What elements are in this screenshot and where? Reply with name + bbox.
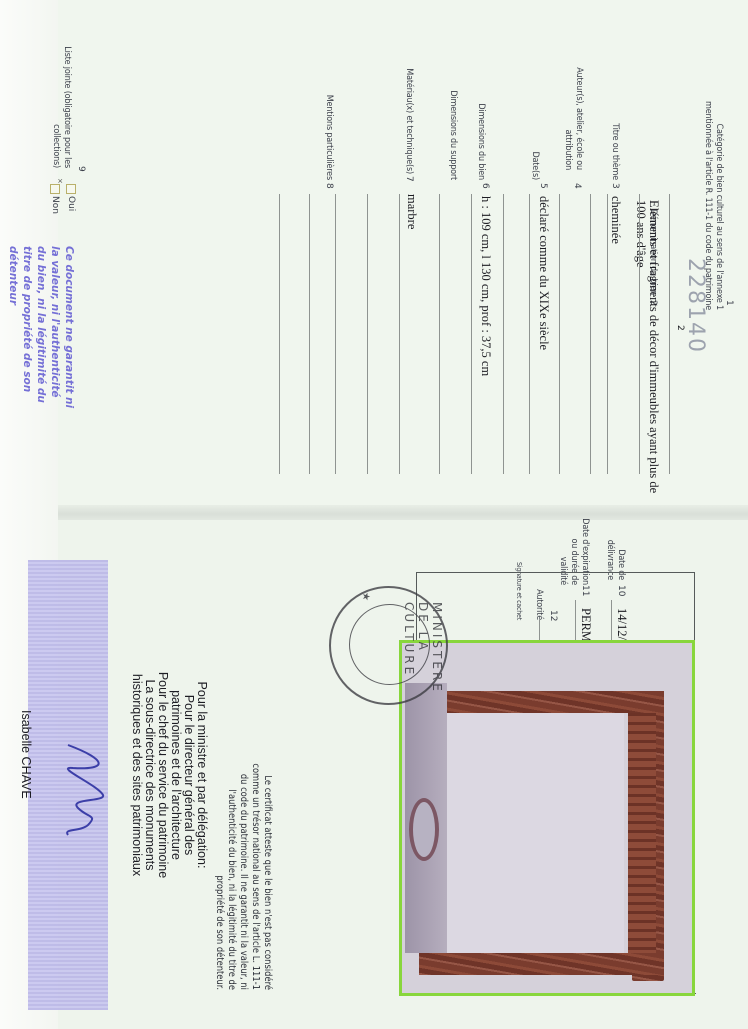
field-label-title: Titre ou thème: [609, 60, 620, 180]
certificate-note: Le certificat atteste que le bien n'est …: [213, 760, 273, 990]
issue-date-label: Date de délivrance: [604, 520, 626, 580]
star-icon: ★: [360, 592, 371, 601]
field-rule: [471, 194, 472, 474]
field-label-author: Auteur(s), atelier, école ou attribution: [562, 60, 584, 170]
authority-line: La sous-directrice des monuments: [143, 650, 156, 900]
field-number: 8: [324, 183, 334, 189]
authority-line: patrimoines et de l'architecture: [169, 650, 182, 900]
field-rule: [439, 194, 440, 474]
field-value-dates: déclaré comme du XIXe siècle: [537, 196, 550, 350]
field-rule: [559, 194, 560, 474]
field-value-materials: marbre: [405, 194, 418, 229]
field-rule: [639, 194, 640, 474]
field-rule: [335, 194, 336, 474]
field-number: 3: [610, 183, 620, 189]
field-rule: [607, 194, 608, 474]
field-rule: [309, 194, 310, 474]
field-rule: [529, 194, 530, 474]
field-label-dimensions: Dimensions du bien: [475, 60, 486, 180]
field-rule: [279, 194, 280, 474]
field-rule: [590, 194, 591, 474]
mantel-jamb: [419, 691, 664, 713]
field-value-dimensions: h : 109 cm, l 130 cm, prof : 37,5 cm: [479, 196, 492, 376]
checkbox-non[interactable]: [50, 184, 60, 194]
field-value-category: 2: [673, 325, 686, 331]
field-label-support-dimensions: Dimensions du support: [447, 40, 458, 180]
field-number: 1: [724, 300, 734, 306]
field-number: 5: [538, 183, 548, 189]
field-number: 7: [404, 176, 414, 182]
checkbox-non-label: Non: [50, 196, 60, 214]
field-rule: [367, 194, 368, 474]
field-rule: [503, 194, 504, 474]
field-value-denomination: Eléments et fragments de décor d'immeubl…: [634, 200, 660, 500]
stamp-text: MINISTERE DE LA CULTURE: [402, 602, 444, 703]
mantel-frieze: [628, 713, 656, 953]
ministry-stamp: MINISTERE DE LA CULTURE ★: [329, 586, 448, 705]
checkbox-oui-label: Oui: [66, 196, 76, 211]
checkbox-mark: ×: [56, 178, 64, 184]
field-rule: [399, 194, 400, 474]
mantel-opening: [419, 713, 624, 953]
hearth-medallion: [409, 798, 439, 861]
handwritten-signature: [48, 740, 118, 840]
authority-line: Pour le directeur général des: [182, 650, 195, 900]
hearth-slab: [405, 683, 447, 953]
field-label-mentions: Mentions particulières: [323, 40, 334, 180]
signatory-name: Isabelle CHAVE: [19, 710, 33, 799]
mantel-illustration: [419, 691, 664, 931]
authority-line: Pour la ministre et par délégation:: [195, 650, 208, 900]
field-number: 6: [480, 183, 490, 189]
mantel-jamb: [419, 953, 664, 975]
field-number: 4: [572, 183, 582, 189]
authority-line: historiques et des sites patrimoniaux: [130, 650, 143, 900]
authority-line: Pour le chef du service du patrimoine: [156, 650, 169, 900]
checkbox-oui[interactable]: [66, 184, 76, 194]
field-label-category: Catégorie de bien culturel au sens de l'…: [702, 90, 724, 310]
field-value-title: cheminée: [609, 196, 622, 244]
signature-block: Pour la ministre et par délégation: Pour…: [130, 650, 208, 900]
field-rule: [669, 194, 670, 474]
field-label-list: Liste jointe (obligatoire pour les colle…: [50, 20, 72, 168]
field-label-dates: Date(s): [529, 60, 540, 180]
disclaimer-text: Ce document ne garantit ni la valeur, ni…: [6, 246, 76, 416]
certificate-document: 228140 1 Catégorie de bien culturel au s…: [0, 0, 748, 1029]
field-number: 9: [76, 166, 86, 172]
field-label-materials: Matériau(x) et technique(s): [403, 40, 414, 174]
